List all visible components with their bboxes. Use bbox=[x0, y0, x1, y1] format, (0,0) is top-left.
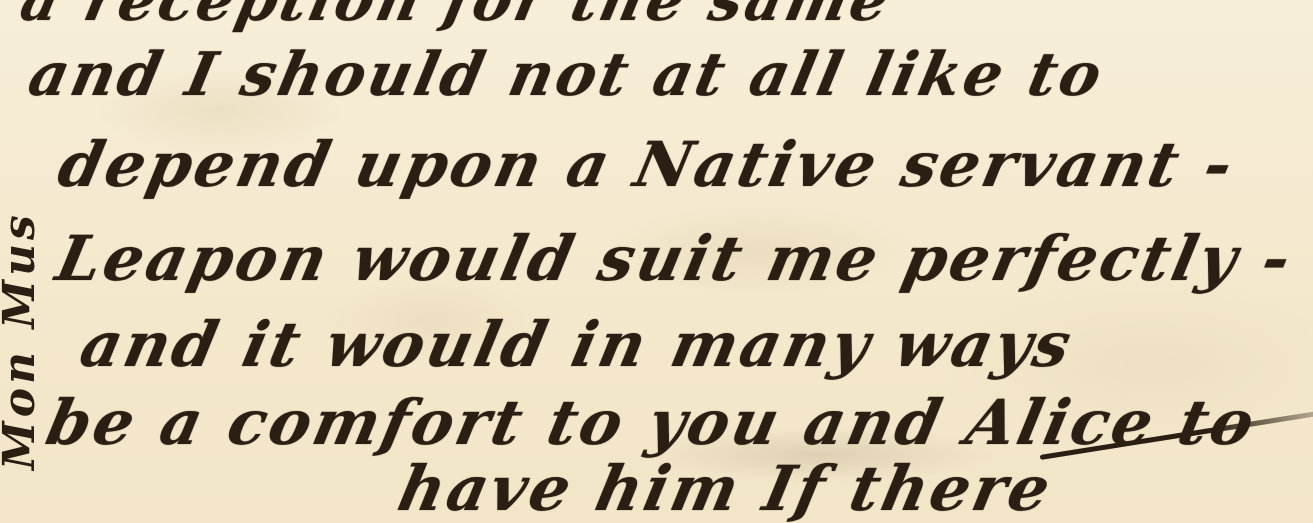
letter-line-4: Leapon would suit me perfectly - bbox=[50, 222, 1300, 295]
letter-line-3: depend upon a Native servant - bbox=[52, 128, 1242, 201]
letter-line-2: and I should not at all like to bbox=[23, 40, 1111, 110]
letter-page: Mon Mus a reception for the same and I s… bbox=[0, 0, 1313, 523]
letter-line-7: have him If there bbox=[392, 452, 1059, 523]
letter-line-5: and it would in many ways bbox=[74, 308, 1080, 381]
margin-note: Mon Mus bbox=[0, 211, 45, 470]
letter-line-1: a reception for the same bbox=[15, 0, 898, 34]
